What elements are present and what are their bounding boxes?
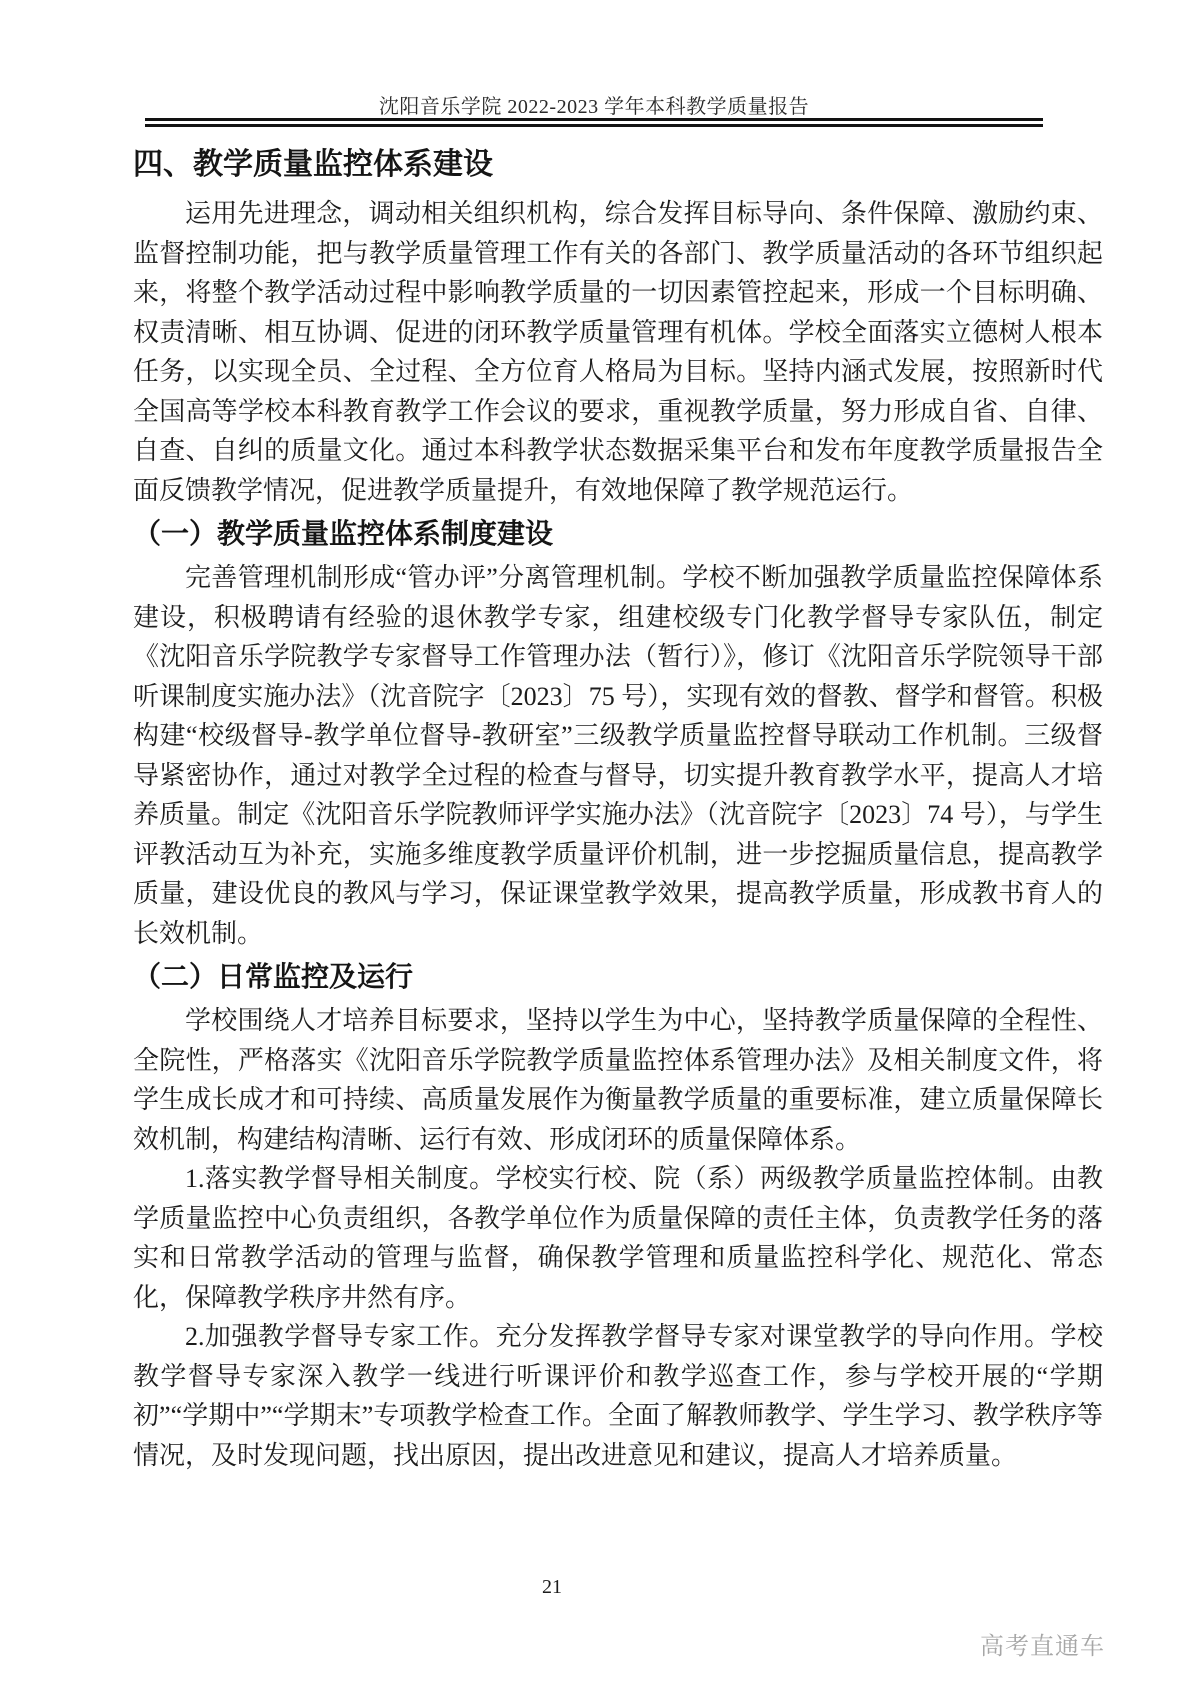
subsection1-paragraph: 完善管理机制形成“管办评”分离管理机制。学校不断加强教学质量监控保障体系建设，积… bbox=[133, 558, 1103, 953]
watermark: 高考直通车 bbox=[980, 1626, 1105, 1661]
section-title: 四、教学质量监控体系建设 bbox=[133, 148, 1103, 182]
subsection2-paragraph-1: 学校围绕人才培养目标要求，坚持以学生为中心，坚持教学质量保障的全程性、全院性，严… bbox=[133, 1001, 1103, 1159]
document-body: 四、教学质量监控体系建设 运用先进理念，调动相关组织机构，综合发挥目标导向、条件… bbox=[133, 136, 1103, 1475]
page-header-title: 沈阳音乐学院 2022-2023 学年本科教学质量报告 bbox=[145, 90, 1043, 119]
document-page: 沈阳音乐学院 2022-2023 学年本科教学质量报告 四、教学质量监控体系建设… bbox=[0, 0, 1190, 1684]
intro-paragraph: 运用先进理念，调动相关组织机构，综合发挥目标导向、条件保障、激励约束、监督控制功… bbox=[133, 194, 1103, 510]
subsection2-title: （二）日常监控及运行 bbox=[133, 960, 1103, 994]
subsection2-paragraph-2: 1.落实教学督导相关制度。学校实行校、院（系）两级教学质量监控体制。由教学质量监… bbox=[133, 1159, 1103, 1317]
header-divider bbox=[145, 118, 1043, 127]
page-number: 21 bbox=[0, 1576, 1104, 1599]
subsection1-title: （一）教学质量监控体系制度建设 bbox=[133, 517, 1103, 551]
subsection2-paragraph-3: 2.加强教学督导专家工作。充分发挥教学督导专家对课堂教学的导向作用。学校教学督导… bbox=[133, 1317, 1103, 1475]
